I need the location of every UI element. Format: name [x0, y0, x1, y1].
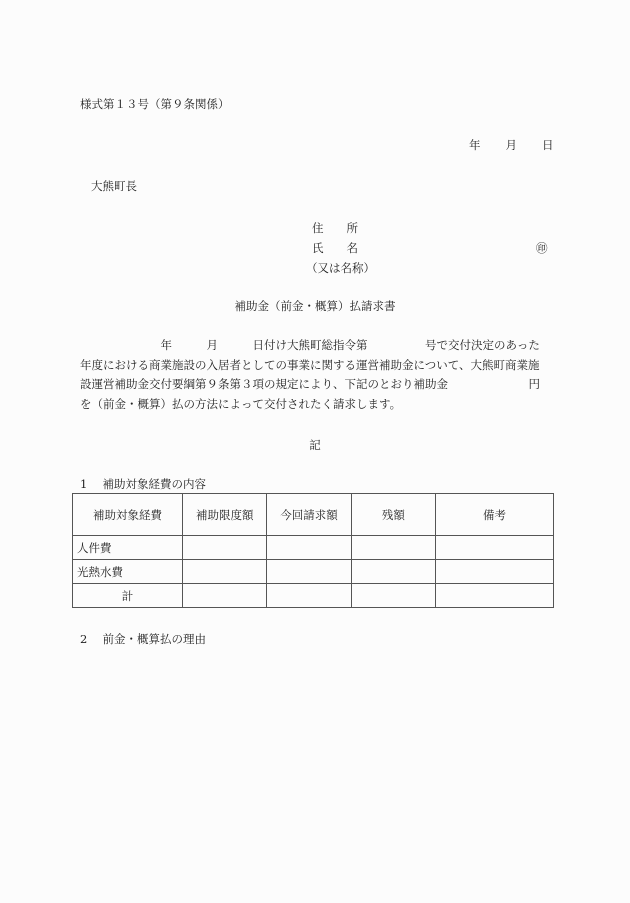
date-month-label: 月	[506, 137, 518, 153]
ki-heading: 記	[0, 437, 630, 453]
name-label: 氏 名	[312, 238, 375, 258]
section1-heading: 1 補助対象経費の内容	[80, 476, 206, 492]
row-label: 人件費	[73, 536, 183, 560]
document-title: 補助金（前金・概算）払請求書	[0, 298, 630, 314]
row-label: 光熱水費	[73, 560, 183, 584]
table-header-row: 補助対象経費 補助限度額 今回請求額 残額 備考	[73, 494, 554, 536]
or-name-label: （又は名称）	[306, 258, 375, 278]
date-year-label: 年	[469, 137, 481, 153]
remarks-cell[interactable]	[435, 560, 553, 584]
body-line: 年 月 日付け大熊町総指令第 号で交付決定のあった	[80, 336, 554, 356]
date-day-label: 日	[542, 137, 554, 153]
request-amount-cell[interactable]	[267, 584, 351, 608]
addressee: 大熊町長	[91, 178, 137, 194]
request-body: 年 月 日付け大熊町総指令第 号で交付決定のあった 年度における商業施設の入居者…	[80, 336, 554, 414]
header-balance: 残額	[351, 494, 435, 536]
body-line: を（前金・概算）払の方法によって交付されたく請求します。	[80, 395, 554, 415]
body-line: 設運営補助金交付要綱第９条第３項の規定により、下記のとおり補助金 円	[80, 375, 554, 395]
limit-amount-cell[interactable]	[183, 536, 267, 560]
applicant-block: 住 所 氏 名 （又は名称）	[312, 218, 375, 278]
request-amount-cell[interactable]	[267, 560, 351, 584]
remarks-cell[interactable]	[435, 584, 553, 608]
section2-heading: 2 前金・概算払の理由	[80, 631, 206, 647]
table-total-row: 計	[73, 584, 554, 608]
request-amount-cell[interactable]	[267, 536, 351, 560]
body-line: 年度における商業施設の入居者としての事業に関する運営補助金について、大熊町商業施	[80, 356, 554, 376]
balance-cell[interactable]	[351, 536, 435, 560]
table-row: 光熱水費	[73, 560, 554, 584]
row-label-total: 計	[73, 584, 183, 608]
limit-amount-cell[interactable]	[183, 584, 267, 608]
seal-mark: ㊞	[536, 238, 548, 258]
form-number: 様式第１３号（第９条関係）	[80, 96, 230, 112]
header-remarks: 備考	[435, 494, 553, 536]
header-limit-amount: 補助限度額	[183, 494, 267, 536]
date-line: 年月日	[469, 137, 554, 153]
remarks-cell[interactable]	[435, 536, 553, 560]
table-row: 人件費	[73, 536, 554, 560]
header-request-amount: 今回請求額	[267, 494, 351, 536]
limit-amount-cell[interactable]	[183, 560, 267, 584]
balance-cell[interactable]	[351, 584, 435, 608]
address-label: 住 所	[312, 218, 375, 238]
balance-cell[interactable]	[351, 560, 435, 584]
expenses-table: 補助対象経費 補助限度額 今回請求額 残額 備考 人件費 光熱水費 計	[72, 493, 554, 608]
header-expense-type: 補助対象経費	[73, 494, 183, 536]
